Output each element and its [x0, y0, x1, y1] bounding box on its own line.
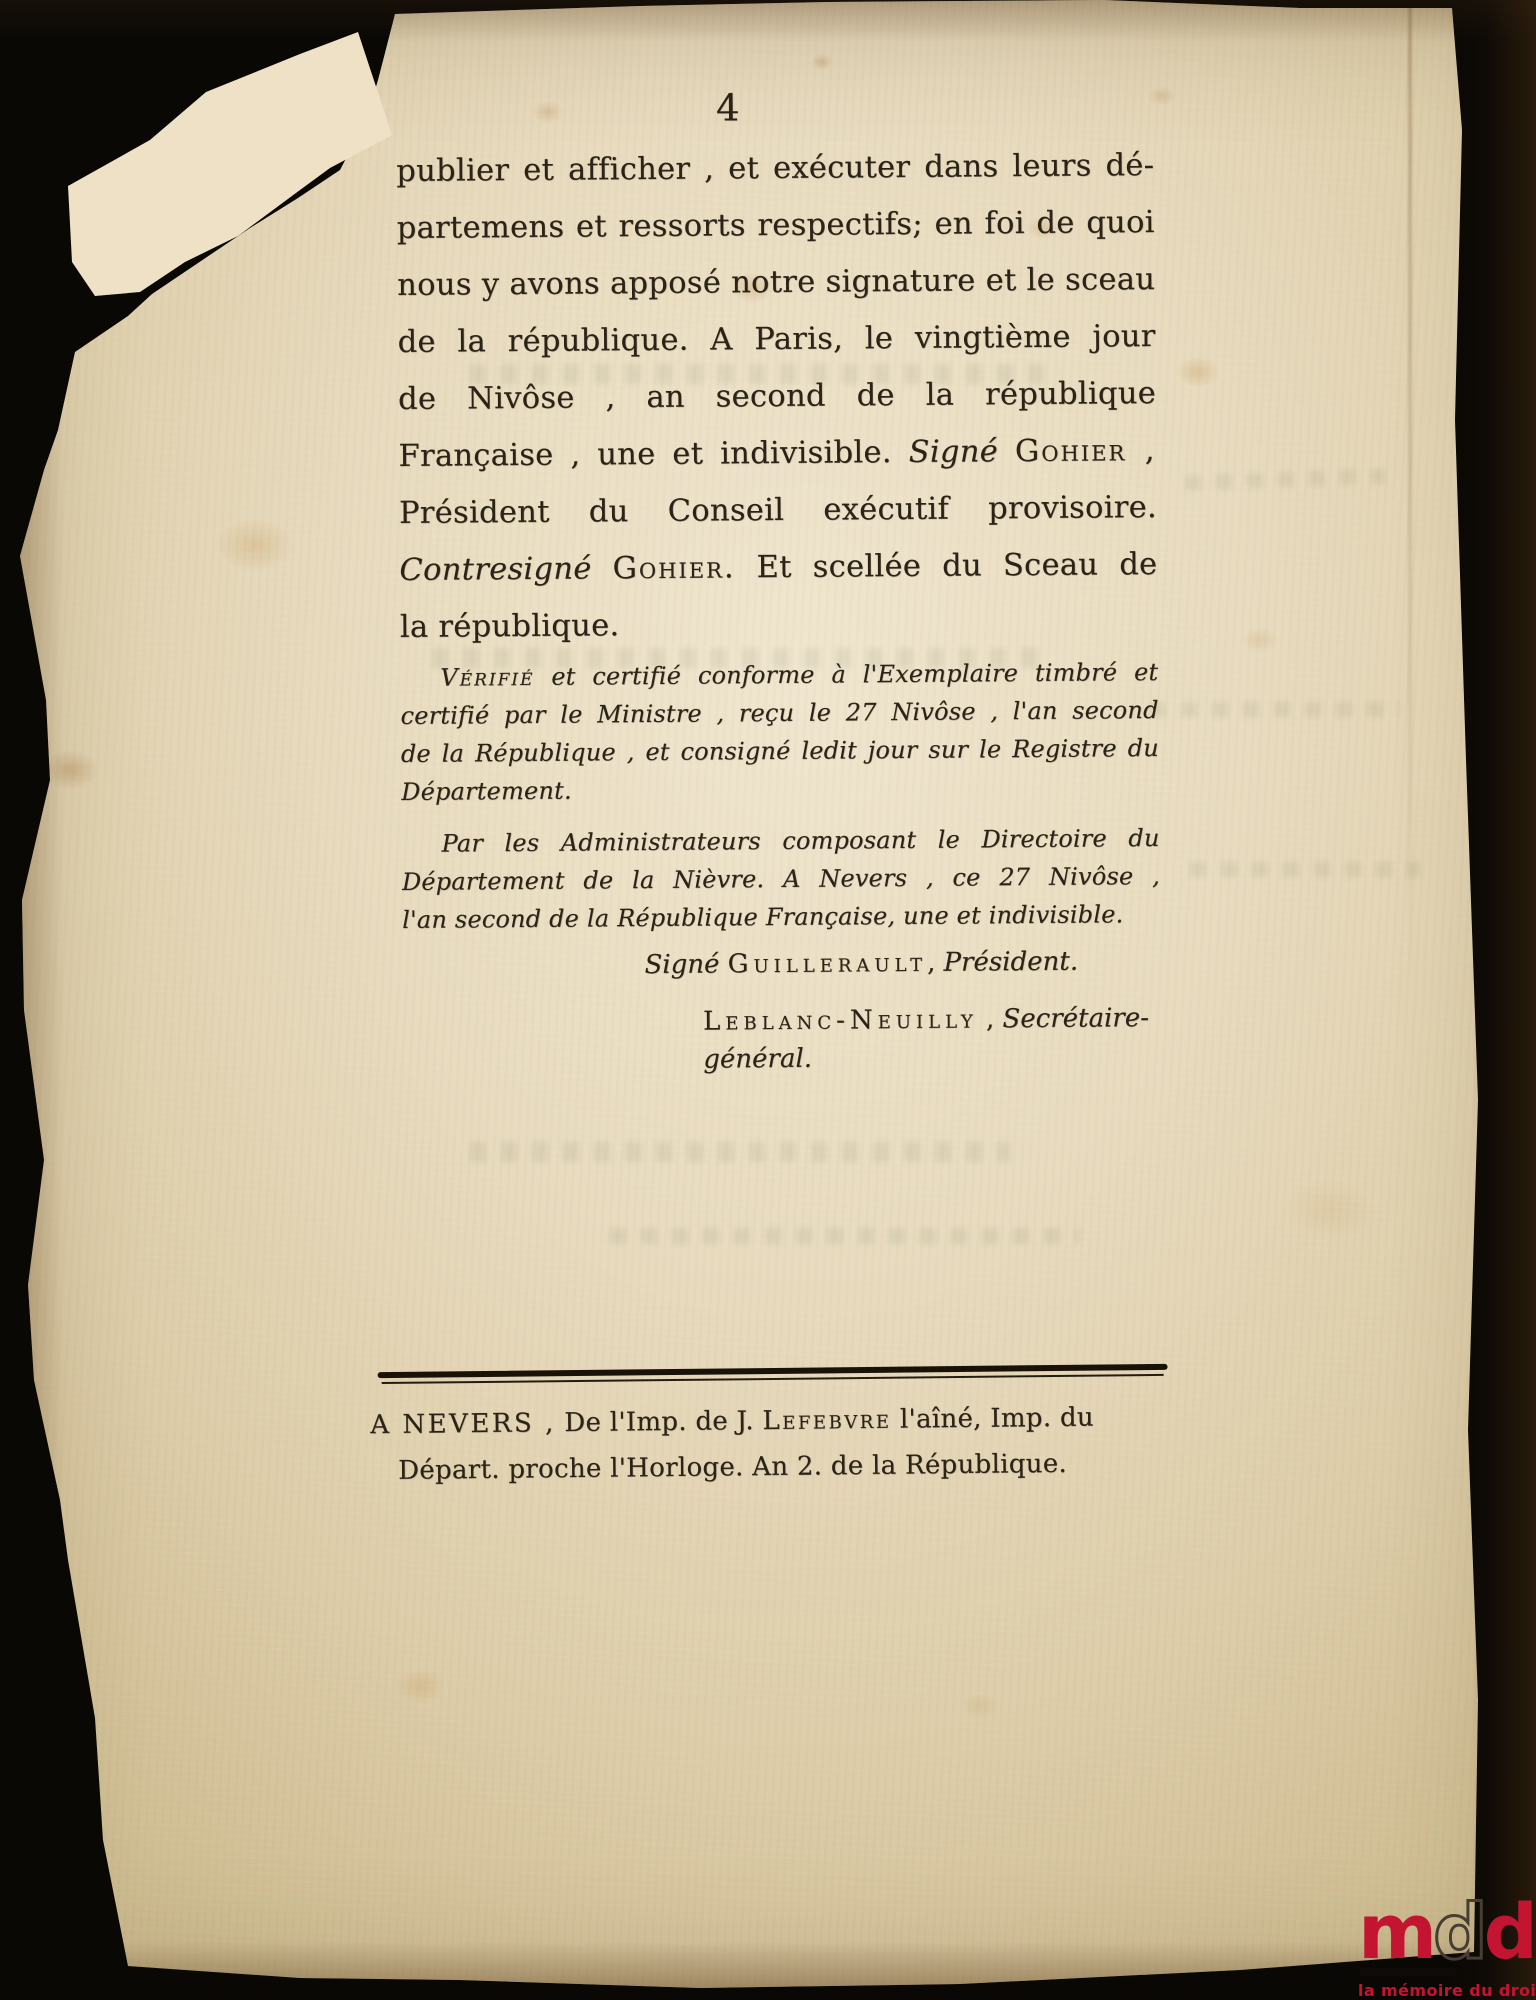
imprint-block: A NEVERS , De l'Imp. de J. Lefebvre l'aî… [332, 1364, 1133, 1494]
imprint-city: A NEVERS , [370, 1408, 556, 1440]
separator: , [927, 948, 936, 978]
body-line: de la république. A Paris, le vingtième … [397, 308, 1155, 371]
imprint-text: l'aîné, Imp. du [900, 1403, 1094, 1435]
separator: , [986, 1004, 995, 1034]
administrators-line: l'an second de la République Française, … [402, 895, 1160, 939]
certification-line: de la République , et consigné ledit jou… [401, 729, 1159, 773]
imprint-line: Départ. proche l'Horloge. An 2. de la Ré… [332, 1440, 1132, 1494]
imprint-text: De l'Imp. de J. [564, 1406, 754, 1438]
body-line: Président du Conseil exécutif provisoire… [399, 479, 1157, 542]
president-name: Guillerault [728, 948, 928, 980]
logo-letter-d-outline: d [1433, 1887, 1483, 1976]
administrators-paragraph: Par les Administrateurs composant le Dir… [401, 819, 1160, 939]
administrators-line: Par les Administrateurs composant le Dir… [401, 819, 1159, 863]
printer-name: Lefebvre [762, 1405, 891, 1436]
certification-text: et certifié conforme à l'Exemplaire timb… [551, 658, 1158, 691]
body-line: la république. [400, 593, 1158, 656]
administrators-line: Département de la Nièvre. A Nevers , ce … [402, 857, 1160, 901]
scanned-document-page: 4 publier et afficher , et exécuter dans… [0, 0, 1536, 2000]
verifie-word: Vérifié [440, 663, 534, 692]
logo-letter-m: m [1358, 1887, 1433, 1976]
certification-line: Département. [401, 767, 1159, 811]
body-line: nous y avons apposé notre signature et l… [397, 251, 1155, 314]
body-line: publier et afficher , et exécuter dans l… [396, 137, 1154, 200]
gohier-name: Gohier , [1015, 433, 1157, 469]
page-content: 4 publier et afficher , et exécuter dans… [396, 81, 1161, 1043]
logo-letter-d-solid: d [1484, 1887, 1534, 1976]
secretary-name: Leblanc-Neuilly [703, 1004, 978, 1036]
body-line-text: Et scellée du Sceau de [756, 547, 1157, 585]
body-line: partemens et ressorts respectifs; en foi… [397, 194, 1155, 257]
certification-line: Vérifié et certifié conforme à l'Exempla… [400, 653, 1158, 697]
body-line: Française , une et indivisible. Signé Go… [398, 422, 1156, 485]
signature-line: Leblanc-Neuilly , Secrétaire-général. [403, 999, 1161, 1043]
body-line-text: Française , une et indivisible. [398, 435, 892, 474]
signature-line: Signé Guillerault, Président. [402, 942, 1160, 986]
certification-paragraph: Vérifié et certifié conforme à l'Exempla… [400, 653, 1159, 811]
body-line: Contresigné Gohier. Et scellée du Sceau … [399, 536, 1157, 599]
president-title: Président. [943, 947, 1078, 978]
signe-word: Signé [909, 434, 999, 470]
imprint-line: A NEVERS , De l'Imp. de J. Lefebvre l'aî… [332, 1394, 1132, 1448]
page-number: 4 [349, 81, 1107, 135]
mdd-logo-letters: mdd [1358, 1899, 1530, 1965]
gohier-name: Gohier. [612, 550, 735, 586]
logo-tagline: la mémoire du droit [1358, 1981, 1530, 2000]
mdd-watermark: mdd la mémoire du droit [1358, 1899, 1530, 2000]
body-line: de Nivôse , an second de la république [398, 365, 1156, 428]
certification-line: certifié par le Ministre , reçu le 27 Ni… [400, 691, 1158, 735]
contresigne-word: Contresigné [399, 551, 591, 588]
signe-word: Signé [644, 949, 719, 980]
